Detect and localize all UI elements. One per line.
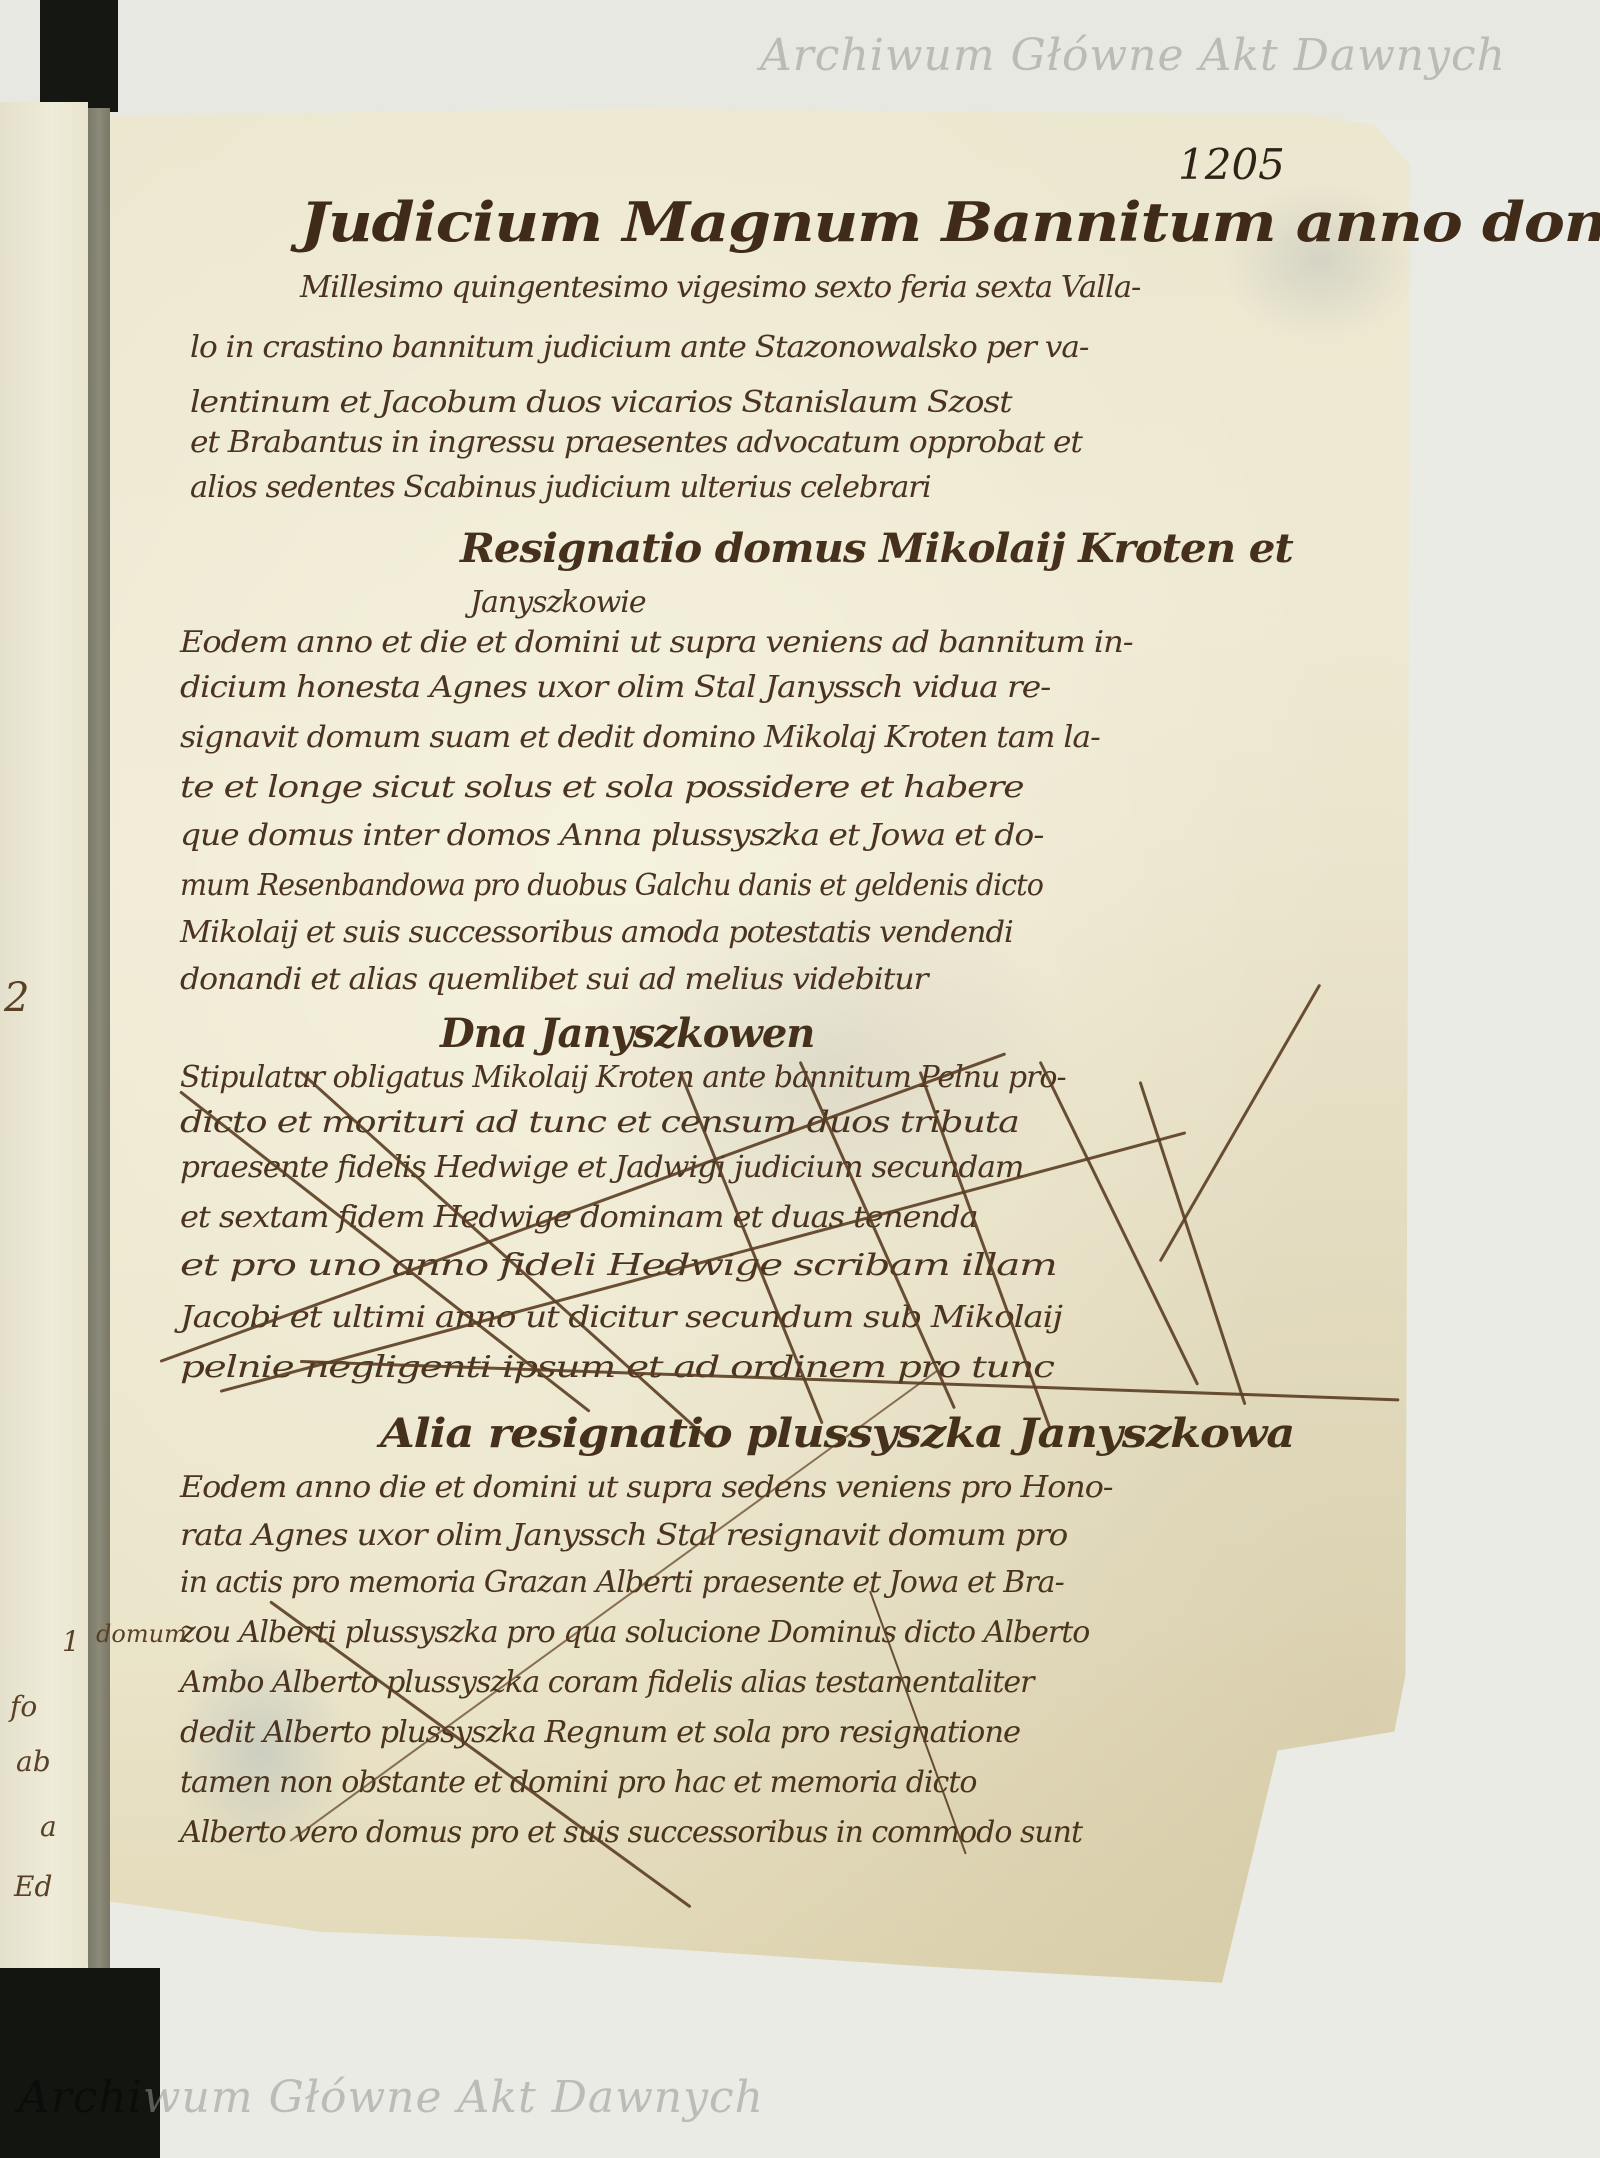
section-heading: Alia resignatio plussyszka Janyszkowa [380, 1410, 1294, 1457]
strike-stroke [220, 1131, 1187, 1393]
folio-number: 1205 [1178, 140, 1285, 189]
intro-line: Millesimo quingentesimo vigesimo sexto f… [300, 270, 1140, 305]
margin-note: domum [96, 1620, 187, 1648]
strike-stroke [799, 1061, 956, 1409]
body-line: Mikolaij et suis successoribus amoda pot… [180, 915, 1013, 950]
body-line: mum Resenbandowa pro duobus Galchu danis… [180, 868, 1043, 903]
section-heading: Dna Janyszkowen [440, 1010, 814, 1057]
body-line: signavit domum suam et dedit domino Miko… [180, 720, 1100, 755]
left-page-fragment: 1 [62, 1625, 80, 1658]
strike-stroke [159, 1052, 1006, 1363]
strike-stroke [1139, 1081, 1247, 1405]
section-heading: Resignatio domus Mikolaij Kroten et [460, 525, 1293, 572]
body-line: te et longe sicut solus et sola possider… [180, 770, 1023, 805]
archive-watermark-bottom: Archiwum Główne Akt Dawnych [18, 2072, 764, 2123]
left-page-fragment: ab [16, 1745, 51, 1778]
intro-line: lo in crastino bannitum judicium ante St… [190, 330, 1088, 365]
body-line: in actis pro memoria Grazan Alberti prae… [180, 1565, 1064, 1600]
cancellation-strokes [160, 1060, 1340, 1390]
intro-line: lentinum et Jacobum duos vicarios Stanis… [190, 385, 1011, 420]
body-line: Ambo Alberto plussyszka coram fidelis al… [180, 1665, 1033, 1700]
body-line: que domus inter domos Anna plussyszka et… [180, 818, 1043, 853]
manuscript-title: Judicium Magnum Bannitum anno domini [300, 190, 1600, 254]
left-page-fragment: Ed [14, 1870, 52, 1903]
body-line: Eodem anno die et domini ut supra sedens… [180, 1470, 1112, 1505]
scan-edge-black-strip [40, 0, 118, 112]
intro-line: alios sedentes Scabinus judicium ulteriu… [190, 470, 931, 505]
left-page-fragment: fo [10, 1690, 37, 1723]
left-page-fragment: a [40, 1810, 57, 1843]
left-page-fragment: 2 [4, 975, 29, 1021]
body-line: Eodem anno et die et domini ut supra ven… [180, 625, 1132, 660]
scan-edge-black-bottom [0, 1968, 160, 2158]
strike-stroke [679, 1071, 824, 1424]
watermark-dark-part: Archi [18, 2072, 143, 2123]
watermark-light-part: wum Główne Akt Dawnych [143, 2072, 764, 2123]
intro-line: et Brabantus in ingressu praesentes advo… [190, 425, 1082, 460]
archive-watermark-top: Archiwum Główne Akt Dawnych [760, 30, 1506, 81]
body-line: tamen non obstante et domini pro hac et … [180, 1765, 976, 1800]
body-line: rata Agnes uxor olim Janyssch Stal resig… [180, 1518, 1067, 1553]
book-gutter [88, 108, 110, 1978]
body-line: dedit Alberto plussyszka Regnum et sola … [180, 1715, 1020, 1750]
strike-stroke [1039, 1061, 1200, 1386]
body-line: donandi et alias quemlibet sui ad melius… [180, 962, 928, 997]
body-line: dicium honesta Agnes uxor olim Stal Jany… [180, 670, 1050, 705]
section-heading-cont: Janyszkowie [470, 585, 646, 620]
